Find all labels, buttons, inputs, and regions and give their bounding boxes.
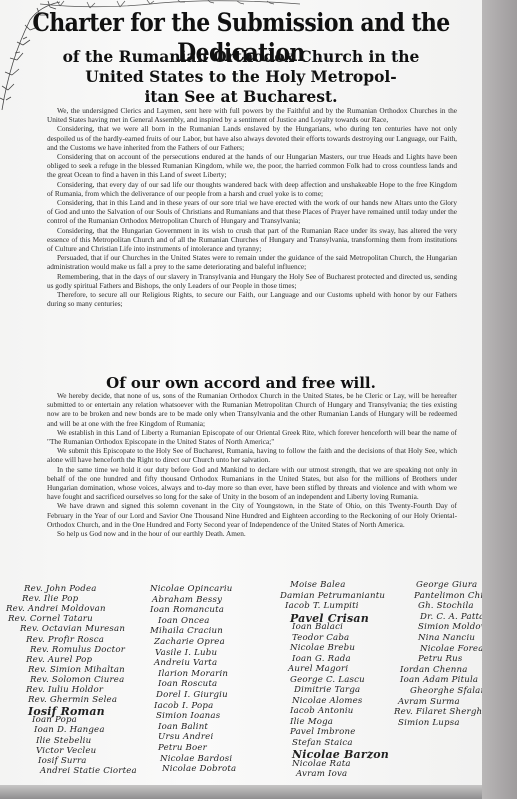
charter-document: Charter for the Submission and the Dedic… bbox=[0, 0, 482, 785]
signature: Zacharie Oprea bbox=[154, 637, 225, 647]
signature: Petru Rus bbox=[418, 654, 463, 664]
signature: Gheorghe Sfalan bbox=[410, 686, 486, 696]
signature: Ioan D. Hangea bbox=[34, 725, 105, 735]
charter-subtitle-line1: of the Rumanian Orthodox Church in the bbox=[0, 47, 482, 66]
signature: Rev. Iuliu Holdor bbox=[26, 685, 103, 695]
signature: Moise Balea bbox=[290, 580, 346, 590]
signature: Nicolae Brebu bbox=[290, 643, 355, 653]
signature: Rev. Ilie Pop bbox=[22, 594, 78, 604]
paragraph: Considering, that every day of our sad l… bbox=[47, 180, 457, 198]
signature: Nina Nanciu bbox=[418, 633, 475, 643]
charter-subtitle-line3: itan See at Bucharest. bbox=[0, 87, 482, 106]
paragraph: Remembering, that in the days of our sla… bbox=[47, 272, 457, 290]
signature: Rev. Andrei Moldovan bbox=[6, 604, 106, 614]
page-edge-right bbox=[482, 0, 517, 799]
signature: Ioan Balint bbox=[158, 722, 208, 732]
signature: Pavel Imbrone bbox=[290, 727, 356, 737]
signature: Iosif Surra bbox=[38, 756, 87, 766]
signature: Rev. Solomon Ciurea bbox=[30, 675, 124, 685]
signature: Vasile I. Lubu bbox=[155, 648, 217, 658]
signature: Ilie Moga bbox=[290, 717, 333, 727]
signature: Nicolae Bardosi bbox=[160, 754, 232, 764]
signature: Andrei Statie Ciortea bbox=[40, 766, 137, 776]
signature: Ioan Adam Pitula bbox=[400, 675, 478, 685]
signature: Victor Vecleu bbox=[36, 746, 96, 756]
paragraph: Persuaded, that if our Churches in the U… bbox=[47, 253, 457, 271]
signature: Ioan Balaci bbox=[292, 622, 343, 632]
signature: Mihaila Craciun bbox=[150, 626, 223, 636]
signature: Ioan Oncea bbox=[158, 616, 210, 626]
signature: Dimitrie Targa bbox=[294, 685, 360, 695]
paragraph: We hereby decide, that none of us, sons … bbox=[47, 391, 457, 428]
page-edge-bottom bbox=[0, 785, 482, 799]
preamble: We, the undersigned Clerics and Laymen, … bbox=[47, 106, 457, 308]
signature: Simion Lupsa bbox=[398, 718, 460, 728]
signature: Rev. Filaret Sherghin bbox=[394, 707, 491, 717]
proclamation-heading: Of our own accord and free will. bbox=[0, 374, 482, 392]
paragraph: Considering that on account of the perse… bbox=[47, 152, 457, 180]
signature: Ioan Roscuta bbox=[158, 679, 217, 689]
paragraph: Considering, that the Hungarian Governme… bbox=[47, 226, 457, 254]
signature: Iordan Chenna bbox=[400, 665, 468, 675]
signature: Ursu Andrei bbox=[158, 732, 213, 742]
signature: George C. Lascu bbox=[290, 675, 365, 685]
paragraph: We, the undersigned Clerics and Laymen, … bbox=[47, 106, 457, 124]
signature: Ioan Romancuta bbox=[150, 605, 224, 615]
resolutions: We hereby decide, that none of us, sons … bbox=[47, 391, 457, 538]
signature: Rev. Cornel Tataru bbox=[8, 614, 93, 624]
signature: Ilie Stebeliu bbox=[36, 736, 91, 746]
signature: Teodor Caba bbox=[292, 633, 349, 643]
signature: Rev. Ghermin Selea bbox=[28, 695, 117, 705]
signature: Rev. Simion Mihaltan bbox=[28, 665, 125, 675]
signature: Nicolae Alomes bbox=[292, 696, 363, 706]
signature: Nicolae Forean bbox=[420, 644, 489, 654]
signature: Rev. Romulus Doctor bbox=[30, 645, 125, 655]
paragraph: We submit this Episcopate to the Holy Se… bbox=[47, 446, 457, 464]
signature: Ioan G. Rada bbox=[292, 654, 351, 664]
signature: Ioan Popa bbox=[32, 715, 77, 725]
signature: Andreiu Varta bbox=[154, 658, 217, 668]
signature: Iacob I. Popa bbox=[154, 701, 213, 711]
paragraph: Therefore, to secure all our Religious R… bbox=[47, 290, 457, 308]
signature: Rev. John Podea bbox=[24, 584, 97, 594]
signature: Iacob T. Lumpiti bbox=[285, 601, 359, 611]
signature: Stefan Staica bbox=[292, 738, 353, 748]
signature: Nicolae Rata bbox=[292, 759, 351, 769]
signature: Avram Surma bbox=[398, 697, 460, 707]
signature: Damian Petrumaniantu bbox=[280, 591, 385, 601]
charter-subtitle-line2: United States to the Holy Metropol- bbox=[0, 67, 482, 86]
signature: Aurel Magori bbox=[288, 664, 348, 674]
signature: Dorel I. Giurgiu bbox=[156, 690, 228, 700]
paragraph: In the same time we hold it our duty bef… bbox=[47, 465, 457, 502]
signature: Nicolae Dobrota bbox=[162, 764, 236, 774]
signature: Petru Boer bbox=[158, 743, 207, 753]
signature: Gh. Stochila bbox=[418, 601, 474, 611]
signature: Nicolae Opincariu bbox=[150, 584, 233, 594]
signature: Iacob Antoniu bbox=[290, 706, 354, 716]
signature: Abraham Bessy bbox=[152, 595, 222, 605]
paragraph: Considering, that in this Land and in th… bbox=[47, 198, 457, 226]
paragraph: We establish in this Land of Liberty a R… bbox=[47, 428, 457, 446]
signature: Rev. Profir Rosca bbox=[26, 635, 104, 645]
signature: George Giura bbox=[416, 580, 477, 590]
signature: Simion Ioanas bbox=[156, 711, 220, 721]
signature: Avram Iova bbox=[296, 769, 347, 779]
paragraph: Considering, that we were all born in th… bbox=[47, 124, 457, 152]
signature: Rev. Octavian Muresan bbox=[20, 624, 125, 634]
signature: Rev. Aurel Pop bbox=[26, 655, 92, 665]
paragraph: We have drawn and signed this solemn cov… bbox=[47, 501, 457, 529]
signature: Ilarion Morarin bbox=[158, 669, 228, 679]
closing-line: So help us God now and in the hour of ou… bbox=[47, 529, 457, 538]
